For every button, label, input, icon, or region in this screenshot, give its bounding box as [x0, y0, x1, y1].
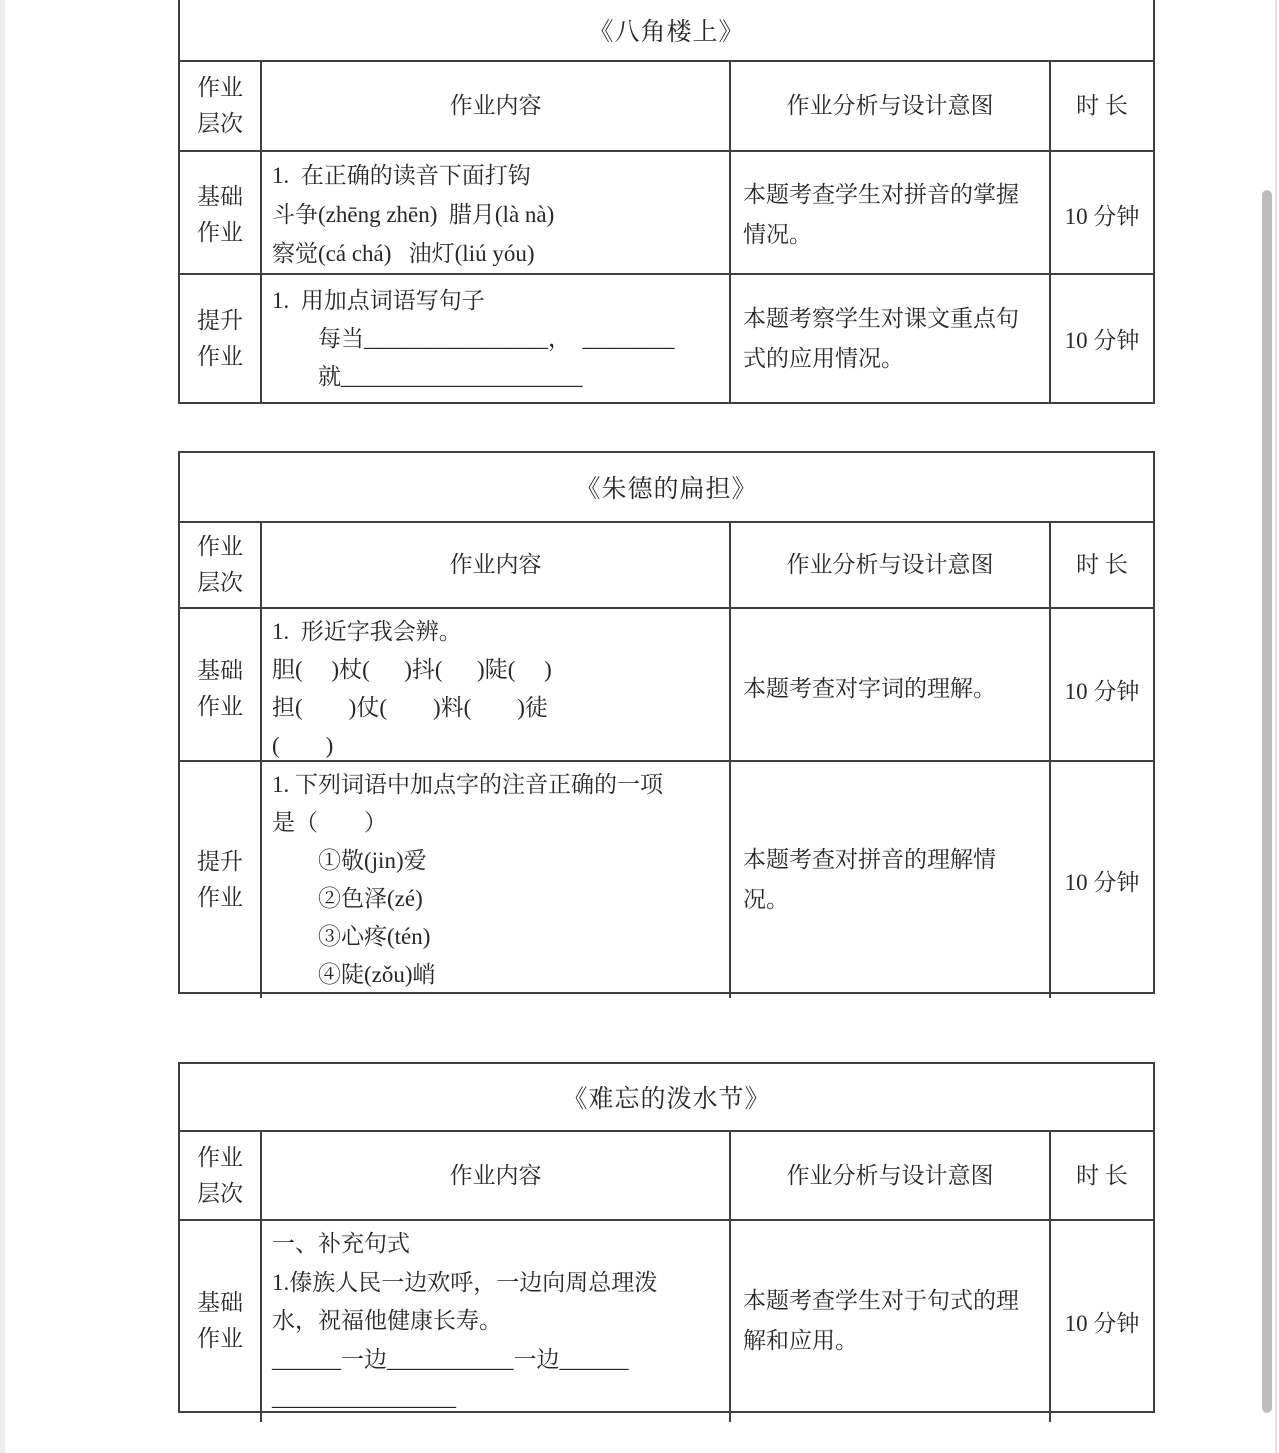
content-line: ③心疼(tén): [272, 918, 719, 956]
content-line: ______一边___________一边______: [272, 1341, 719, 1380]
content-line: 一、补充句式: [272, 1225, 719, 1264]
table-header-row: 作业 层次 作业内容 作业分析与设计意图 时 长: [180, 521, 1153, 607]
cell-analysis: 本题考查学生对拼音的掌握情况。: [729, 152, 1049, 277]
cell-content: 1. 形近字我会辨。 胆( )杖( )抖( )陡( ) 担( )仗( )料( )…: [260, 609, 729, 769]
header-cell-analysis: 作业分析与设计意图: [729, 62, 1049, 150]
table-title-row: 《朱德的扁担》: [180, 453, 1153, 521]
cell-duration: 10 分钟: [1049, 275, 1153, 402]
cell-content: 一、补充句式 1.傣族人民一边欢呼，一边向周总理泼 水，祝福他健康长寿。 ___…: [260, 1221, 729, 1422]
header-cell-analysis: 作业分析与设计意图: [729, 523, 1049, 607]
content-line: 胆( )杖( )抖( )陡( ): [272, 651, 719, 689]
content-line: ④陡(zǒu)峭: [272, 956, 719, 994]
content-line: ( ): [272, 727, 719, 765]
table-title: 《难忘的泼水节》: [180, 1064, 1153, 1130]
cell-analysis: 本题考查对字词的理解。: [729, 609, 1049, 769]
content-line: 水，祝福他健康长寿。: [272, 1302, 719, 1341]
table-zhude: 《朱德的扁担》 作业 层次 作业内容 作业分析与设计意图 时 长 基础 作业 1…: [178, 451, 1155, 994]
content-line: 1.傣族人民一边欢呼，一边向周总理泼: [272, 1264, 719, 1303]
header-cell-duration: 时 长: [1049, 1132, 1153, 1219]
cell-level: 提升 作业: [180, 275, 260, 402]
table-row: 基础 作业 1. 形近字我会辨。 胆( )杖( )抖( )陡( ) 担( )仗(…: [180, 607, 1153, 760]
scrollbar-thumb[interactable]: [1262, 190, 1272, 1413]
header-cell-analysis: 作业分析与设计意图: [729, 1132, 1049, 1219]
content-line: 1. 用加点词语写句子: [272, 282, 719, 320]
cell-duration: 10 分钟: [1049, 152, 1153, 277]
content-line: ②色泽(zé): [272, 880, 719, 918]
table-title-row: 《八角楼上》: [180, 0, 1153, 60]
content-line: 斗争(zhēng zhēn) 腊月(là nà): [272, 195, 719, 234]
table-title: 《八角楼上》: [180, 0, 1153, 60]
header-cell-duration: 时 长: [1049, 62, 1153, 150]
content-line: 1. 在正确的读音下面打钩: [272, 156, 719, 195]
header-cell-level: 作业 层次: [180, 523, 260, 607]
table-row: 提升 作业 1. 用加点词语写句子 每当________________， __…: [180, 273, 1153, 402]
document-page: 《八角楼上》 作业 层次 作业内容 作业分析与设计意图 时 长 基础 作业 1.…: [178, 0, 1155, 1413]
cell-level: 基础 作业: [180, 152, 260, 277]
scrollbar[interactable]: [1258, 0, 1274, 1453]
cell-content: 1. 下列词语中加点字的注音正确的一项 是（ ） ①敬(jin)爱 ②色泽(zé…: [260, 762, 729, 998]
header-cell-content: 作业内容: [260, 1132, 729, 1219]
header-cell-level: 作业 层次: [180, 1132, 260, 1219]
cell-content: 1. 用加点词语写句子 每当________________， ________…: [260, 275, 729, 402]
content-line: 察觉(cá chá) 油灯(liú yóu): [272, 234, 719, 273]
content-line: ________________: [272, 1379, 719, 1418]
content-line: 1. 下列词语中加点字的注音正确的一项: [272, 766, 719, 804]
cell-analysis: 本题考查学生对于句式的理解和应用。: [729, 1221, 1049, 1422]
cell-duration: 10 分钟: [1049, 762, 1153, 998]
content-line: 是（ ）: [272, 804, 719, 842]
window-edge-line: [1275, 0, 1277, 1453]
table-header-row: 作业 层次 作业内容 作业分析与设计意图 时 长: [180, 60, 1153, 150]
cell-duration: 10 分钟: [1049, 1221, 1153, 1422]
content-line: ①敬(jin)爱: [272, 842, 719, 880]
header-cell-duration: 时 长: [1049, 523, 1153, 607]
table-bajiaolou: 《八角楼上》 作业 层次 作业内容 作业分析与设计意图 时 长 基础 作业 1.…: [178, 0, 1155, 404]
cell-level: 基础 作业: [180, 1221, 260, 1422]
cell-duration: 10 分钟: [1049, 609, 1153, 769]
table-header-row: 作业 层次 作业内容 作业分析与设计意图 时 长: [180, 1130, 1153, 1219]
table-row: 基础 作业 一、补充句式 1.傣族人民一边欢呼，一边向周总理泼 水，祝福他健康长…: [180, 1219, 1153, 1411]
cell-level: 提升 作业: [180, 762, 260, 998]
cell-analysis: 本题考查对拼音的理解情况。: [729, 762, 1049, 998]
table-row: 基础 作业 1. 在正确的读音下面打钩 斗争(zhēng zhēn) 腊月(là…: [180, 150, 1153, 273]
table-row: 提升 作业 1. 下列词语中加点字的注音正确的一项 是（ ） ①敬(jin)爱 …: [180, 760, 1153, 992]
cell-content: 1. 在正确的读音下面打钩 斗争(zhēng zhēn) 腊月(là nà) 察…: [260, 152, 729, 277]
header-cell-level: 作业 层次: [180, 62, 260, 150]
content-line: 每当________________， ________: [272, 320, 719, 358]
table-poshuijie: 《难忘的泼水节》 作业 层次 作业内容 作业分析与设计意图 时 长 基础 作业 …: [178, 1062, 1155, 1413]
header-cell-content: 作业内容: [260, 523, 729, 607]
content-line: 1. 形近字我会辨。: [272, 613, 719, 651]
cell-analysis: 本题考察学生对课文重点句式的应用情况。: [729, 275, 1049, 402]
table-title: 《朱德的扁担》: [180, 453, 1153, 521]
cell-level: 基础 作业: [180, 609, 260, 769]
content-line: 就_____________________: [272, 358, 719, 396]
content-line: 担( )仗( )料( )徒: [272, 689, 719, 727]
table-title-row: 《难忘的泼水节》: [180, 1064, 1153, 1130]
header-cell-content: 作业内容: [260, 62, 729, 150]
window-edge-strip: [0, 0, 5, 1453]
